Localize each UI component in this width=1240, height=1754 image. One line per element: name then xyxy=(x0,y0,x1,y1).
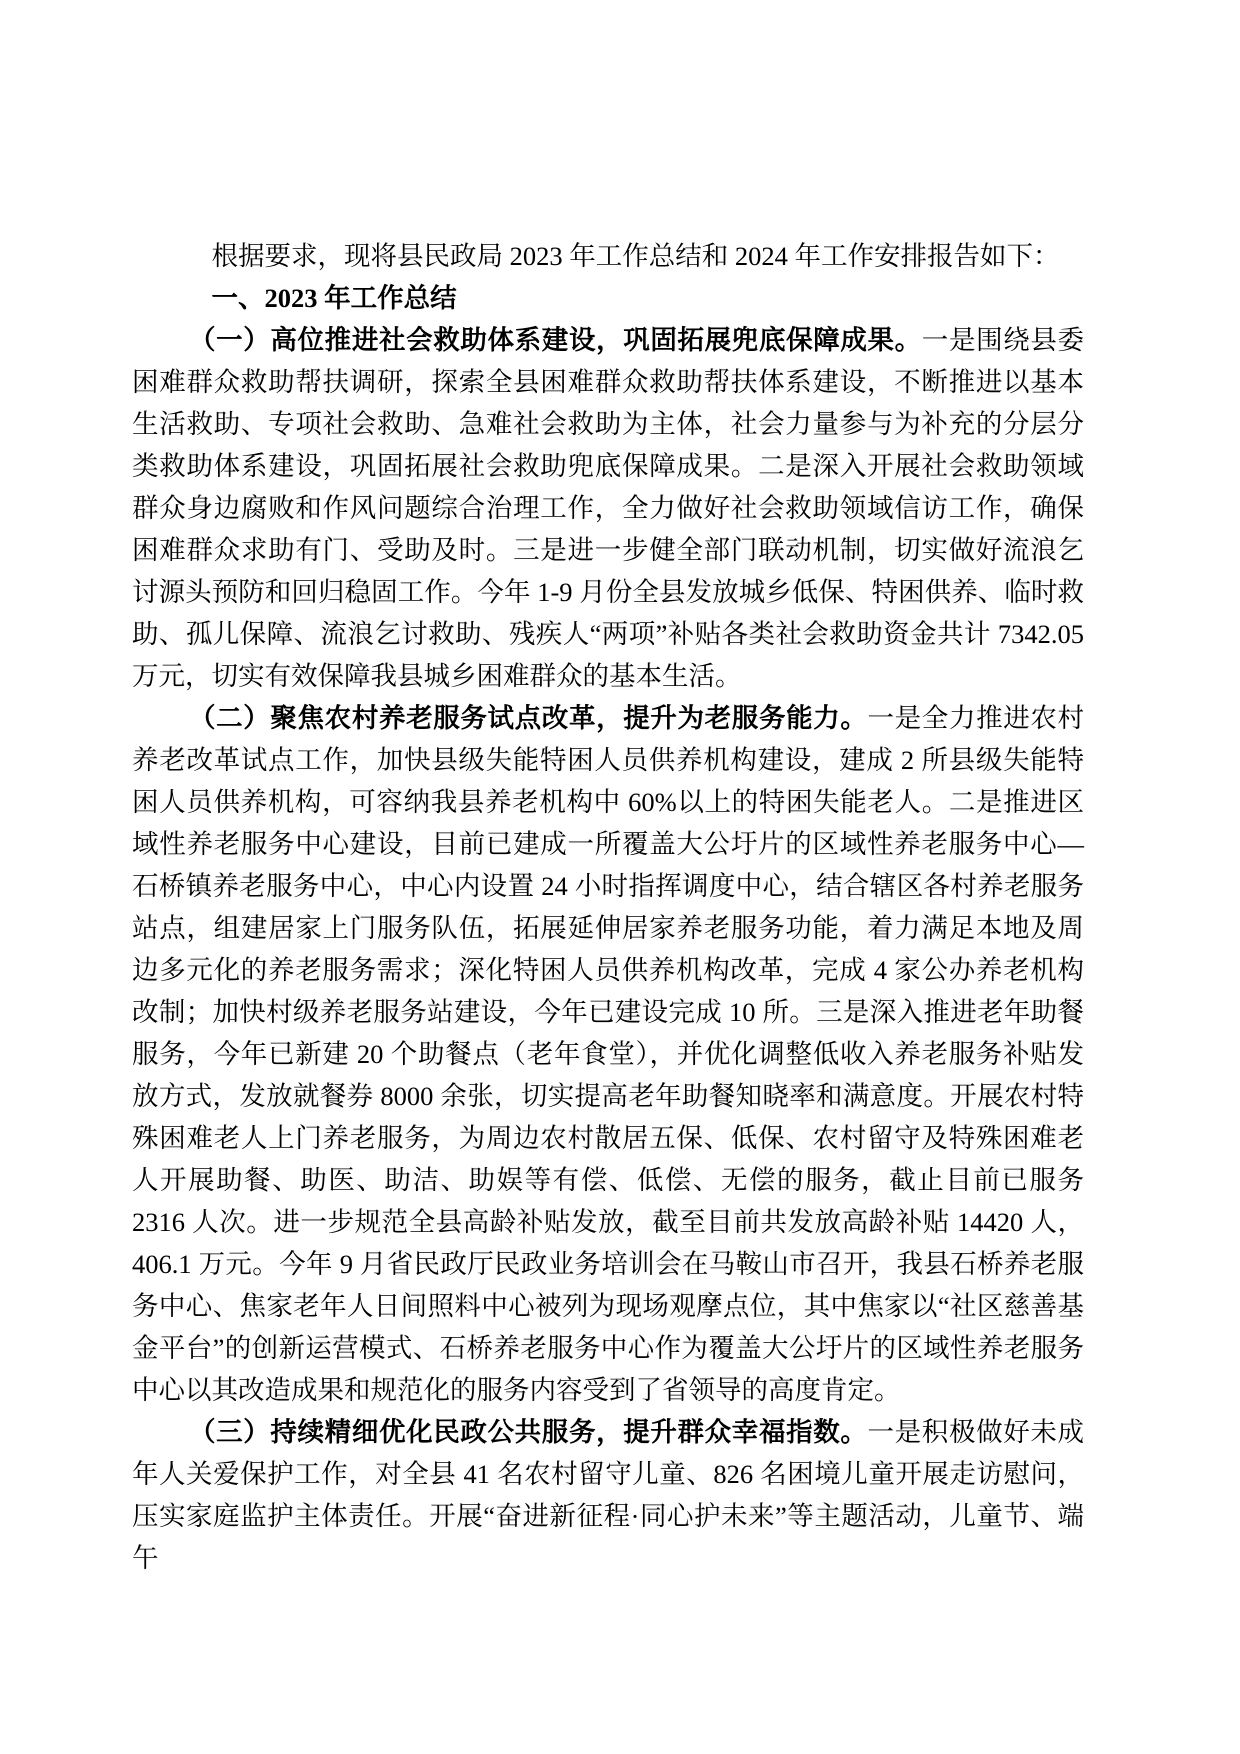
intro-paragraph: 根据要求，现将县民政局 2023 年工作总结和 2024 年工作安排报告如下： xyxy=(132,235,1084,277)
paragraph-1: （一）高位推进社会救助体系建设，巩固拓展兜底保障成果。一是围绕县委困难群众救助帮… xyxy=(132,319,1084,697)
paragraph-3-lead: （三）持续精细优化民政公共服务，提升群众幸福指数。 xyxy=(189,1417,868,1447)
paragraph-2-lead: （二）聚焦农村养老服务试点改革，提升为老服务能力。 xyxy=(189,703,868,733)
document-content: 根据要求，现将县民政局 2023 年工作总结和 2024 年工作安排报告如下： … xyxy=(132,235,1084,1579)
document-page: 根据要求，现将县民政局 2023 年工作总结和 2024 年工作安排报告如下： … xyxy=(0,0,1240,1754)
paragraph-1-lead: （一）高位推进社会救助体系建设，巩固拓展兜底保障成果。 xyxy=(189,325,922,355)
paragraph-2-body: 一是全力推进农村养老改革试点工作，加快县级失能特困人员供养机构建设，建成 2 所… xyxy=(132,703,1084,1405)
section-1-heading: 一、2023 年工作总结 xyxy=(132,277,1084,319)
paragraph-2: （二）聚焦农村养老服务试点改革，提升为老服务能力。一是全力推进农村养老改革试点工… xyxy=(132,697,1084,1411)
paragraph-1-body: 一是围绕县委困难群众救助帮扶调研，探索全县困难群众救助帮扶体系建设，不断推进以基… xyxy=(132,325,1084,691)
paragraph-3: （三）持续精细优化民政公共服务，提升群众幸福指数。一是积极做好未成年人关爱保护工… xyxy=(132,1411,1084,1579)
